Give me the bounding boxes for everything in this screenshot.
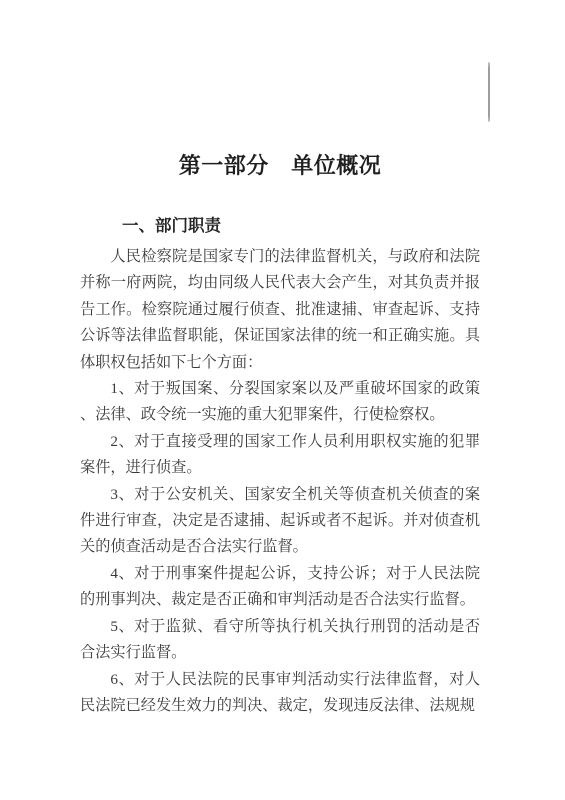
paragraph-item-2: 2、对于直接受理的国家工作人员利用职权实施的犯罪案件，进行侦查。 (80, 429, 480, 482)
document-page: 第一部分 单位概况 一、部门职责 人民检察院是国家专门的法律监督机关，与政府和法… (0, 0, 565, 800)
document-content: 第一部分 单位概况 一、部门职责 人民检察院是国家专门的法律监督机关，与政府和法… (80, 0, 480, 719)
page-title: 第一部分 单位概况 (80, 151, 480, 181)
paragraph-item-1: 1、对于叛国案、分裂国家案以及严重破坏国家的政策、法律、政令统一实施的重大犯罪案… (80, 376, 480, 429)
section-heading: 一、部门职责 (122, 214, 480, 238)
scrollbar-thumb[interactable] (488, 62, 490, 122)
paragraph-item-6: 6、对于人民法院的民事审判活动实行法律监督，对人民法院已经发生效力的判决、裁定，… (80, 667, 480, 720)
paragraph-item-3: 3、对于公安机关、国家安全机关等侦查机关侦查的案件进行审查，决定是否逮捕、起诉或… (80, 482, 480, 561)
body-text: 人民检察院是国家专门的法律监督机关，与政府和法院并称一府两院，均由同级人民代表大… (80, 244, 480, 719)
paragraph-intro: 人民检察院是国家专门的法律监督机关，与政府和法院并称一府两院，均由同级人民代表大… (80, 244, 480, 376)
paragraph-item-4: 4、对于刑事案件提起公诉，支持公诉；对于人民法院的刑事判决、裁定是否正确和审判活… (80, 561, 480, 614)
paragraph-item-5: 5、对于监狱、看守所等执行机关执行刑罚的活动是否合法实行监督。 (80, 614, 480, 667)
